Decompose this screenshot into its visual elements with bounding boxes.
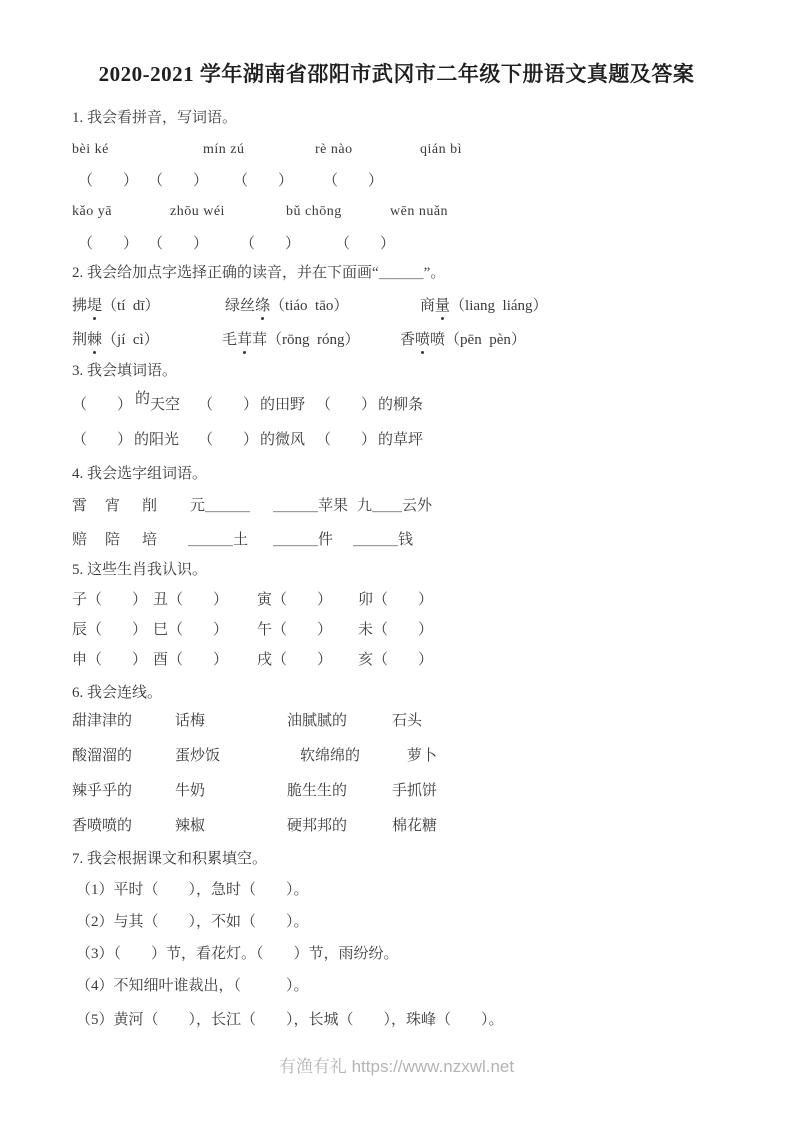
word-blank: ＿＿＿苹果: [273, 495, 348, 517]
dotted-char: 堤: [87, 295, 102, 317]
zodiac-cell: 未（ ）: [358, 619, 433, 641]
fill-word: 天空: [150, 394, 180, 416]
choice-char: 霄: [72, 495, 87, 517]
word-blank: ＿＿＿件: [273, 529, 333, 551]
dotted-char: 喷: [415, 329, 430, 351]
answer-blank: （ ）: [335, 233, 395, 255]
dotted-char: 量: [435, 295, 450, 317]
answer-blanks-row-2: （ ）（ ）（ ）（ ）: [0, 233, 793, 255]
reading-item-options: （tí dī）: [102, 298, 160, 314]
pinyin-word: kǎo yā: [72, 201, 112, 223]
word-blank: 九＿＿云外: [357, 495, 432, 517]
question-3-label: 3. 我会填词语。: [72, 360, 793, 382]
zodiac-cell: 丑（ ）: [153, 589, 228, 611]
char-choice-row-2: 赔陪培＿＿＿土＿＿＿件＿＿＿钱: [0, 529, 793, 551]
zodiac-cell: 辰（ ）: [72, 619, 147, 641]
reading-choices-row-1: 拂堤（tí dī）绿丝绦（tiáo tāo）商量（liang liáng）: [0, 295, 793, 317]
reading-item-options: 茸（rōng róng）: [252, 332, 360, 348]
fill-item-2: （2）与其（ ），不如（ ）。: [76, 911, 793, 933]
match-cell: 脆生生的: [287, 780, 347, 802]
choice-char: 削: [142, 495, 157, 517]
zodiac-cell: 子（ ）: [72, 589, 147, 611]
page-title: 2020-2021 学年湖南省邵阳市武冈市二年级下册语文真题及答案: [0, 58, 793, 88]
answer-blank: （ ）: [233, 170, 293, 192]
reading-item: 荆棘（jí cì）: [72, 329, 159, 351]
reading-item-options: 喷（pēn pèn）: [430, 332, 526, 348]
pinyin-row-1: bèi kémín zúrè nàoqián bì: [0, 139, 793, 161]
zodiac-row-3: 申（ ）酉（ ）戌（ ）亥（ ）: [0, 649, 793, 671]
zodiac-row-1: 子（ ）丑（ ）寅（ ）卯（ ）: [0, 589, 793, 611]
zodiac-cell: 巳（ ）: [153, 619, 228, 641]
pinyin-word: bèi ké: [72, 139, 109, 161]
match-row-3: 辣乎乎的牛奶脆生生的手抓饼: [0, 780, 793, 802]
particle-de-raised: 的: [135, 391, 150, 407]
reading-item-pre: 拂: [72, 298, 87, 314]
reading-item-options: （tiáo tāo）: [270, 298, 348, 314]
answer-blank: （ ）: [316, 394, 376, 416]
fill-words-row-2: （ ）的阳光（ ）的微风（ ）的草坪: [0, 429, 793, 451]
pinyin-word: bǔ chōng: [286, 201, 342, 223]
zodiac-cell: 寅（ ）: [257, 589, 332, 611]
zodiac-cell: 酉（ ）: [153, 649, 228, 671]
answer-blank: （ ）: [198, 394, 258, 416]
reading-item-options: （liang liáng）: [450, 298, 548, 314]
char-choice-row-1: 霄宵削元＿＿＿＿＿＿苹果九＿＿云外: [0, 495, 793, 517]
match-cell: 辣椒: [175, 815, 205, 837]
answer-blank: （ ）: [72, 429, 132, 451]
reading-item-pre: 商: [420, 298, 435, 314]
answer-blank: （ ）: [72, 394, 132, 416]
answer-blank: （ ）: [323, 170, 383, 192]
reading-item-options: （jí cì）: [102, 332, 159, 348]
watermark-footer: 有渔有礼 https://www.nzxwl.net: [0, 1052, 793, 1077]
reading-item: 香喷喷（pēn pèn）: [400, 329, 526, 351]
dotted-char: 绦: [255, 295, 270, 317]
pinyin-word: mín zú: [203, 139, 245, 161]
pinyin-word: zhōu wéi: [170, 201, 225, 223]
zodiac-row-2: 辰（ ）巳（ ）午（ ）未（ ）: [0, 619, 793, 641]
dotted-char: 茸: [237, 329, 252, 351]
choice-char: 宵: [105, 495, 120, 517]
match-cell: 手抓饼: [392, 780, 437, 802]
match-cell: 硬邦邦的: [287, 815, 347, 837]
answer-blank: （ ）: [78, 233, 138, 255]
match-cell: 软绵绵的: [300, 745, 360, 767]
fill-item-5: （5）黄河（ ），长江（ ），长城（ ），珠峰（ ）。: [76, 1009, 793, 1031]
zodiac-cell: 卯（ ）: [358, 589, 433, 611]
reading-item-pre: 荆: [72, 332, 87, 348]
match-row-2: 酸溜溜的蛋炒饭软绵绵的萝卜: [0, 745, 793, 767]
reading-item-pre: 香: [400, 332, 415, 348]
fill-item-4: （4）不知细叶谁裁出，（ ）。: [76, 975, 793, 997]
word-blank: 元＿＿＿: [190, 495, 250, 517]
reading-item-pre: 毛: [222, 332, 237, 348]
match-row-4: 香喷喷的辣椒硬邦邦的棉花糖: [0, 815, 793, 837]
question-4-label: 4. 我会选字组词语。: [72, 463, 793, 485]
match-row-1: 甜津津的话梅油腻腻的石头: [0, 710, 793, 732]
pinyin-row-2: kǎo yāzhōu wéibǔ chōngwēn nuǎn: [0, 201, 793, 223]
answer-blanks-row-1: （ ）（ ）（ ）（ ）: [0, 170, 793, 192]
question-1-label: 1. 我会看拼音，写词语。: [72, 107, 793, 129]
fill-word: 的微风: [260, 429, 305, 451]
fill-word: 的阳光: [134, 429, 179, 451]
question-6-label: 6. 我会连线。: [72, 682, 793, 704]
match-cell: 牛奶: [175, 780, 205, 802]
fill-word: 的田野: [260, 394, 305, 416]
fill-words-row-1: （ ）的天空（ ）的田野（ ）的柳条: [0, 394, 793, 416]
zodiac-cell: 申（ ）: [72, 649, 147, 671]
answer-blank: （ ）: [240, 233, 300, 255]
match-cell: 蛋炒饭: [175, 745, 220, 767]
answer-blank: （ ）: [148, 233, 208, 255]
reading-item: 商量（liang liáng）: [420, 295, 548, 317]
match-cell: 甜津津的: [72, 710, 132, 732]
word-blank: ＿＿＿钱: [353, 529, 413, 551]
fill-item-1: （1）平时（ ），急时（ ）。: [76, 879, 793, 901]
match-cell: 油腻腻的: [287, 710, 347, 732]
answer-blank: （ ）: [198, 429, 258, 451]
fill-word: 的草坪: [378, 429, 423, 451]
choice-char: 培: [142, 529, 157, 551]
answer-blank: （ ）: [148, 170, 208, 192]
fill-word: 的柳条: [378, 394, 423, 416]
question-5-label: 5. 这些生肖我认识。: [72, 559, 793, 581]
zodiac-cell: 午（ ）: [257, 619, 332, 641]
match-cell: 萝卜: [407, 745, 437, 767]
question-7-label: 7. 我会根据课文和积累填空。: [72, 848, 793, 870]
footer-link[interactable]: 有渔有礼 https://www.nzxwl.net: [279, 1057, 514, 1076]
answer-blank: （ ）: [78, 170, 138, 192]
pinyin-word: rè nào: [315, 139, 353, 161]
reading-item-pre: 绿丝: [225, 298, 255, 314]
word-blank: ＿＿＿土: [188, 529, 248, 551]
match-cell: 石头: [392, 710, 422, 732]
choice-char: 赔: [72, 529, 87, 551]
zodiac-cell: 戌（ ）: [257, 649, 332, 671]
exam-paper-page: 2020-2021 学年湖南省邵阳市武冈市二年级下册语文真题及答案 1. 我会看…: [0, 0, 793, 1122]
reading-item: 绿丝绦（tiáo tāo）: [225, 295, 348, 317]
reading-item: 拂堤（tí dī）: [72, 295, 160, 317]
answer-blank: （ ）: [316, 429, 376, 451]
fill-item-3: （3）（ ）节，看花灯。（ ）节，雨纷纷。: [76, 943, 793, 965]
reading-choices-row-2: 荆棘（jí cì）毛茸茸（rōng róng）香喷喷（pēn pèn）: [0, 329, 793, 351]
match-cell: 香喷喷的: [72, 815, 132, 837]
reading-item: 毛茸茸（rōng róng）: [222, 329, 360, 351]
pinyin-word: qián bì: [420, 139, 462, 161]
match-cell: 辣乎乎的: [72, 780, 132, 802]
dotted-char: 棘: [87, 329, 102, 351]
zodiac-cell: 亥（ ）: [358, 649, 433, 671]
pinyin-word: wēn nuǎn: [390, 201, 448, 223]
question-2-label: 2. 我会给加点字选择正确的读音，并在下面画“＿＿＿”。: [72, 262, 793, 284]
match-cell: 话梅: [175, 710, 205, 732]
match-cell: 酸溜溜的: [72, 745, 132, 767]
choice-char: 陪: [105, 529, 120, 551]
match-cell: 棉花糖: [392, 815, 437, 837]
